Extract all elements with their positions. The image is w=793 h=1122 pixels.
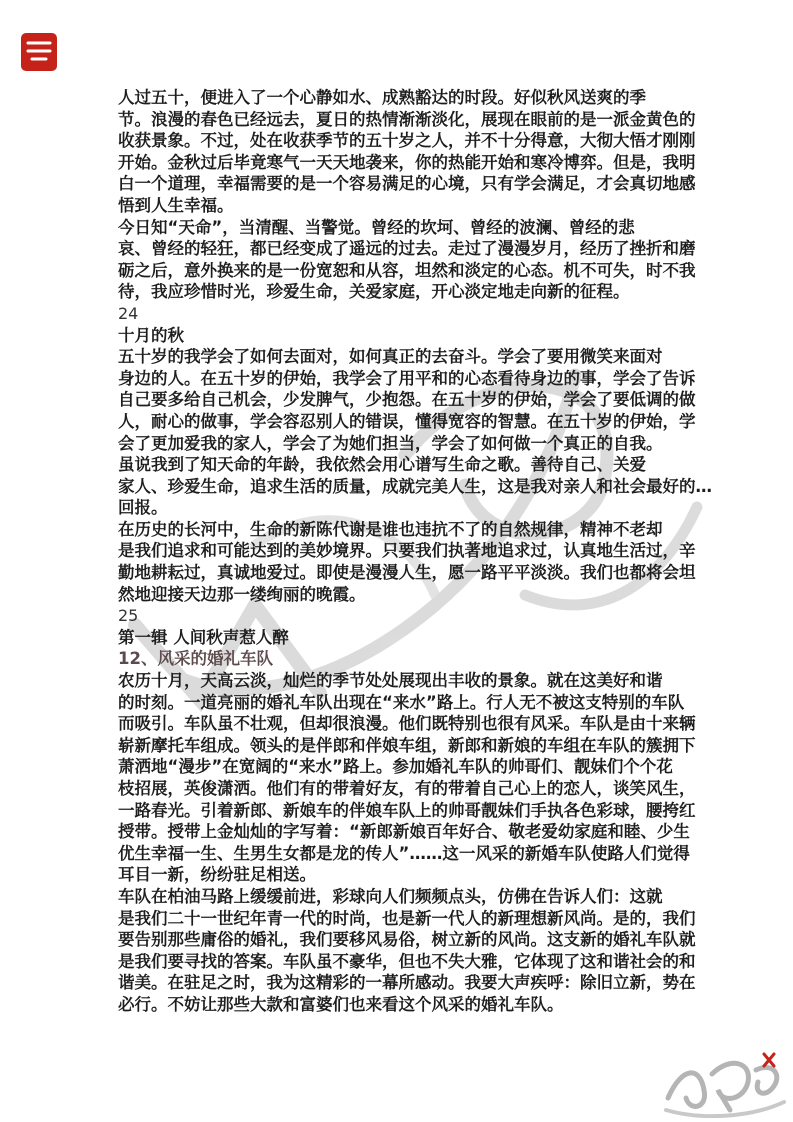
text-line: 是我们要寻找的答案。车队虽不豪华，但也不失大雅，它体现了这和谐社会的和 [118,951,724,973]
section-heading: 第一辑 人间秋声惹人醉 [118,627,724,649]
text-line: 谐美。在驻足之时，我为这精彩的一幕所感动。我要大声疾呼：除旧立新，势在 [118,972,724,994]
text-line: 的时刻。一道亮丽的婚礼车队出现在“来水”路上。行人无不被这支特别的车队 [118,692,724,714]
text-line: 优生幸福一生、生男生女都是龙的传人”……这一风采的新婚车队使路人们觉得 [118,843,724,865]
text-line: 待，我应珍惜时光，珍爱生命，关爱家庭，开心淡定地走向新的征程。 [118,281,724,303]
chapter-heading: 12、风采的婚礼车队 [118,648,724,670]
text-block: 人过五十，便进入了一个心静如水、成熟豁达的时段。好似秋风送爽的季节。浪漫的春色已… [118,87,724,1016]
text-line: 耳目一新，纷纷驻足相送。 [118,864,724,886]
text-line: 人过五十，便进入了一个心静如水、成熟豁达的时段。好似秋风送爽的季 [118,87,724,109]
text-line: 枝招展，英俊潇洒。他们有的带着好友，有的带着自己心上的恋人，谈笑风生， [118,778,724,800]
text-line: 必行。不妨让那些大款和富婆们也来看这个风采的婚礼车队。 [118,994,724,1016]
text-line: 家人、珍爱生命，追求生活的质量，成就完美人生，这是我对亲人和社会最好的… [118,476,724,498]
text-line: 勤地耕耘过，真诚地爱过。即使是漫漫人生，愿一路平平淡淡。我们也都将会坦 [118,562,724,584]
text-line: 一路春光。引着新郎、新娘车的伴娘车队上的帅哥靓妹们手执各色彩球，腰挎红 [118,800,724,822]
text-line: 节。浪漫的春色已经远去，夏日的热情渐渐淡化，展现在眼前的是一派金黄色的 [118,109,724,131]
scanned-document-page: { "page": { "width_px": 793, "height_px"… [0,0,793,1122]
text-line: 要告别那些庸俗的婚礼，我们要移风易俗，树立新的风尚。这支新的婚礼车队就 [118,929,724,951]
text-line: 是我们追求和可能达到的美妙境界。只要我们执著地追求过，认真地生活过，辛 [118,540,724,562]
text-line: 农历十月，天高云淡，灿烂的季节处处展现出丰收的景象。就在这美好和谐 [118,670,724,692]
corner-watermark-icon [660,1046,790,1118]
text-line: 人，耐心的做事，学会容忍别人的错误，懂得宽容的智慧。在五十岁的伊始，学 [118,411,724,433]
text-line: 白一个道理，幸福需要的是一个容易满足的心境，只有学会满足，才会真切地感 [118,173,724,195]
text-line: 会了更加爱我的家人，学会了为她们担当，学会了如何做一个真正的自我。 [118,433,724,455]
text-line: 而吸引。车队虽不壮观，但却很浪漫。他们既特别也很有风采。车队是由十来辆 [118,713,724,735]
text-line: 崭新摩托车组成。领头的是伴郎和伴娘车组，新郎和新娘的车组在车队的簇拥下 [118,735,724,757]
page-number: 24 [118,303,724,325]
text-line: 身边的人。在五十岁的伊始，我学会了用平和的心态看待身边的事，学会了告诉 [118,368,724,390]
text-line: 然地迎接天边那一缕绚丽的晚霞。 [118,584,724,606]
text-line: 悟到人生幸福。 [118,195,724,217]
text-line: 萧洒地“漫步”在宽阔的“来水”路上。参加婚礼车队的帅哥们、靓妹们个个花 [118,756,724,778]
text-line: 今日知“天命”，当清醒、当警觉。曾经的坎坷、曾经的波澜、曾经的悲 [118,217,724,239]
page-number: 25 [118,605,724,627]
red-seal-icon [20,30,58,74]
text-line: 是我们二十一世纪年青一代的时尚，也是新一代人的新理想新风尚。是的，我们 [118,908,724,930]
text-line: 开始。金秋过后毕竟寒气一天天地袭来，你的热能开始和寒冷博弈。但是，我明 [118,152,724,174]
text-line: 五十岁的我学会了如何去面对，如何真正的去奋斗。学会了要用微笑来面对 [118,346,724,368]
text-line: 授带。授带上金灿灿的字写着：“新郎新娘百年好合、敬老爱幼家庭和睦、少生 [118,821,724,843]
text-line: 哀、曾经的轻狂，都已经变成了遥远的过去。走过了漫漫岁月，经历了挫折和磨 [118,238,724,260]
text-line: 自己要多给自己机会，少发脾气，少抱怨。在五十岁的伊始，学会了要低调的做 [118,389,724,411]
section-heading: 十月的秋 [118,325,724,347]
text-line: 在历史的长河中，生命的新陈代谢是谁也违抗不了的自然规律，精神不老却 [118,519,724,541]
text-line: 虽说我到了知天命的年龄，我依然会用心谱写生命之歌。善待自己、关爱 [118,454,724,476]
text-line: 车队在柏油马路上缓缓前进，彩球向人们频频点头，仿佛在告诉人们：这就 [118,886,724,908]
text-line: 收获景象。不过，处在收获季节的五十岁之人，并不十分得意，大彻大悟才刚刚 [118,130,724,152]
text-line: 回报。 [118,497,724,519]
text-line: 砺之后，意外换来的是一份宽恕和从容，坦然和淡定的心态。机不可失，时不我 [118,260,724,282]
